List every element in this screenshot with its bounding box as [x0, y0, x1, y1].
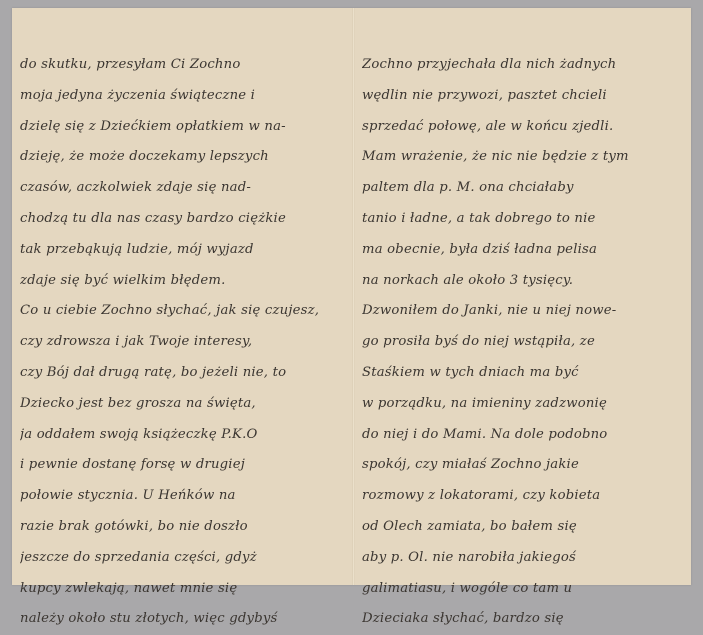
text-line: spokój, czy miałaś Zochno jakie — [362, 450, 692, 481]
text-line: tanio i ładne, a tak dobrego to nie — [362, 204, 692, 235]
text-line: jeszcze do sprzedania części, gdyż — [20, 543, 350, 574]
text-line: czy zdrowsza i jak Twoje interesy, — [20, 327, 350, 358]
center-fold — [352, 8, 355, 585]
text-line: wędlin nie przywozi, pasztet chcieli — [362, 81, 692, 112]
text-line: sprzedać połowę, ale w końcu zjedli. — [362, 112, 692, 143]
text-line: aby p. Ol. nie narobiła jakiegoś — [362, 543, 692, 574]
text-line: w porządku, na imieniny zadzwonię — [362, 389, 692, 420]
text-line: dzieję, że może doczekamy lepszych — [20, 142, 350, 173]
right-page: Zochno przyjechała dla nich żadnych wędl… — [362, 50, 692, 600]
text-line: paltem dla p. M. ona chciałaby — [362, 173, 692, 204]
text-line: Mam wrażenie, że nic nie będzie z tym — [362, 142, 692, 173]
letter-paper: do skutku, przesyłam Ci Zochno moja jedy… — [12, 8, 691, 585]
text-line: dzielę się z Dziećkiem opłatkiem w na- — [20, 112, 350, 143]
text-line: Dziecko jest bez grosza na święta, — [20, 389, 350, 420]
text-line: tak przebąkują ludzie, mój wyjazd — [20, 235, 350, 266]
left-page: do skutku, przesyłam Ci Zochno moja jedy… — [20, 50, 350, 600]
text-line: i pewnie dostanę forsę w drugiej — [20, 450, 350, 481]
text-line: ja oddałem swoją książeczkę P.K.O — [20, 420, 350, 451]
text-line: czy Bój dał drugą ratę, bo jeżeli nie, t… — [20, 358, 350, 389]
text-line: rozmowy z lokatorami, czy kobieta — [362, 481, 692, 512]
text-line: do niej i do Mami. Na dole podobno — [362, 420, 692, 451]
text-line: ma obecnie, była dziś ładna pelisa — [362, 235, 692, 266]
text-line: zdaje się być wielkim błędem. — [20, 266, 350, 297]
text-line: połowie stycznia. U Heńków na — [20, 481, 350, 512]
text-line: go prosiła byś do niej wstąpiła, ze — [362, 327, 692, 358]
text-line: chodzą tu dla nas czasy bardzo ciężkie — [20, 204, 350, 235]
text-line: do skutku, przesyłam Ci Zochno — [20, 50, 350, 81]
text-line: kupcy zwlekają, nawet mnie się — [20, 574, 350, 600]
text-line: galimatiasu, i wogóle co tam u — [362, 574, 692, 600]
text-line: na norkach ale około 3 tysięcy. — [362, 266, 692, 297]
text-line: czasów, aczkolwiek zdaje się nad- — [20, 173, 350, 204]
text-line: Co u ciebie Zochno słychać, jak się czuj… — [20, 296, 350, 327]
text-line: Dzwoniłem do Janki, nie u niej nowe- — [362, 296, 692, 327]
text-line: Zochno przyjechała dla nich żadnych — [362, 50, 692, 81]
text-line: Staśkiem w tych dniach ma być — [362, 358, 692, 389]
text-line: od Olech zamiata, bo bałem się — [362, 512, 692, 543]
text-line: razie brak gotówki, bo nie doszło — [20, 512, 350, 543]
text-line: moja jedyna życzenia świąteczne i — [20, 81, 350, 112]
